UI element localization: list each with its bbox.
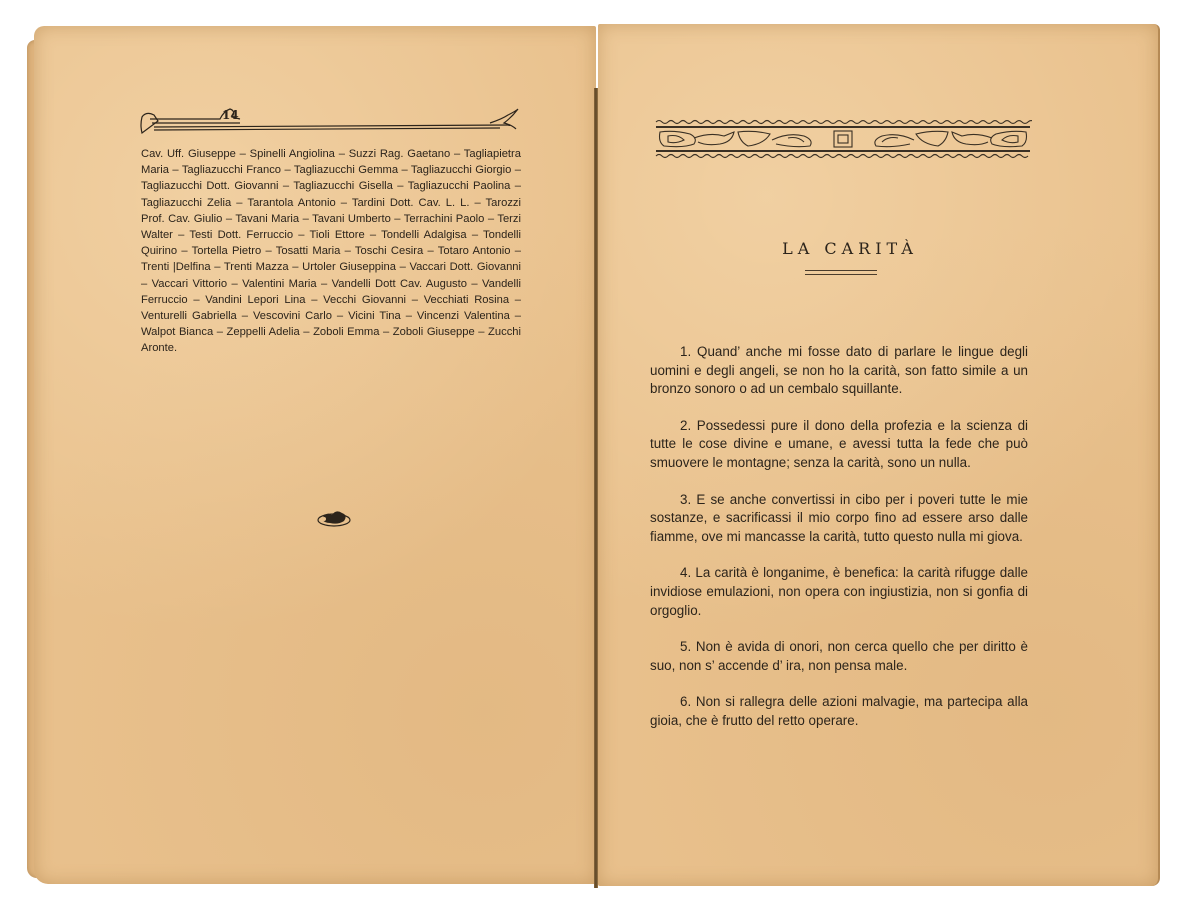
verse: 6. Non si rallegra delle azioni malvagie… [650, 693, 1028, 730]
title-rule [805, 270, 877, 275]
verse: 5. Non è avida di onori, non cerca quell… [650, 638, 1028, 675]
verse: 1. Quand’ anche mi fosse dato di parlare… [650, 343, 1028, 399]
verse: 2. Possedessi pure il dono della profezi… [650, 417, 1028, 473]
art-nouveau-band-ornament [654, 118, 1032, 160]
chapter-title: LA CARITÀ [700, 239, 1000, 258]
verses-block: 1. Quand’ anche mi fosse dato di parlare… [650, 343, 1028, 749]
verse: 3. E se anche convertissi in cibo per i … [650, 491, 1028, 547]
page-number: 14 [222, 108, 239, 122]
running-head-ornament [140, 105, 520, 135]
verse: 4. La carità è longanime, è benefica: la… [650, 564, 1028, 620]
names-list: Cav. Uff. Giuseppe – Spinelli Angiolina … [141, 146, 521, 357]
fleuron-ornament [316, 507, 352, 534]
